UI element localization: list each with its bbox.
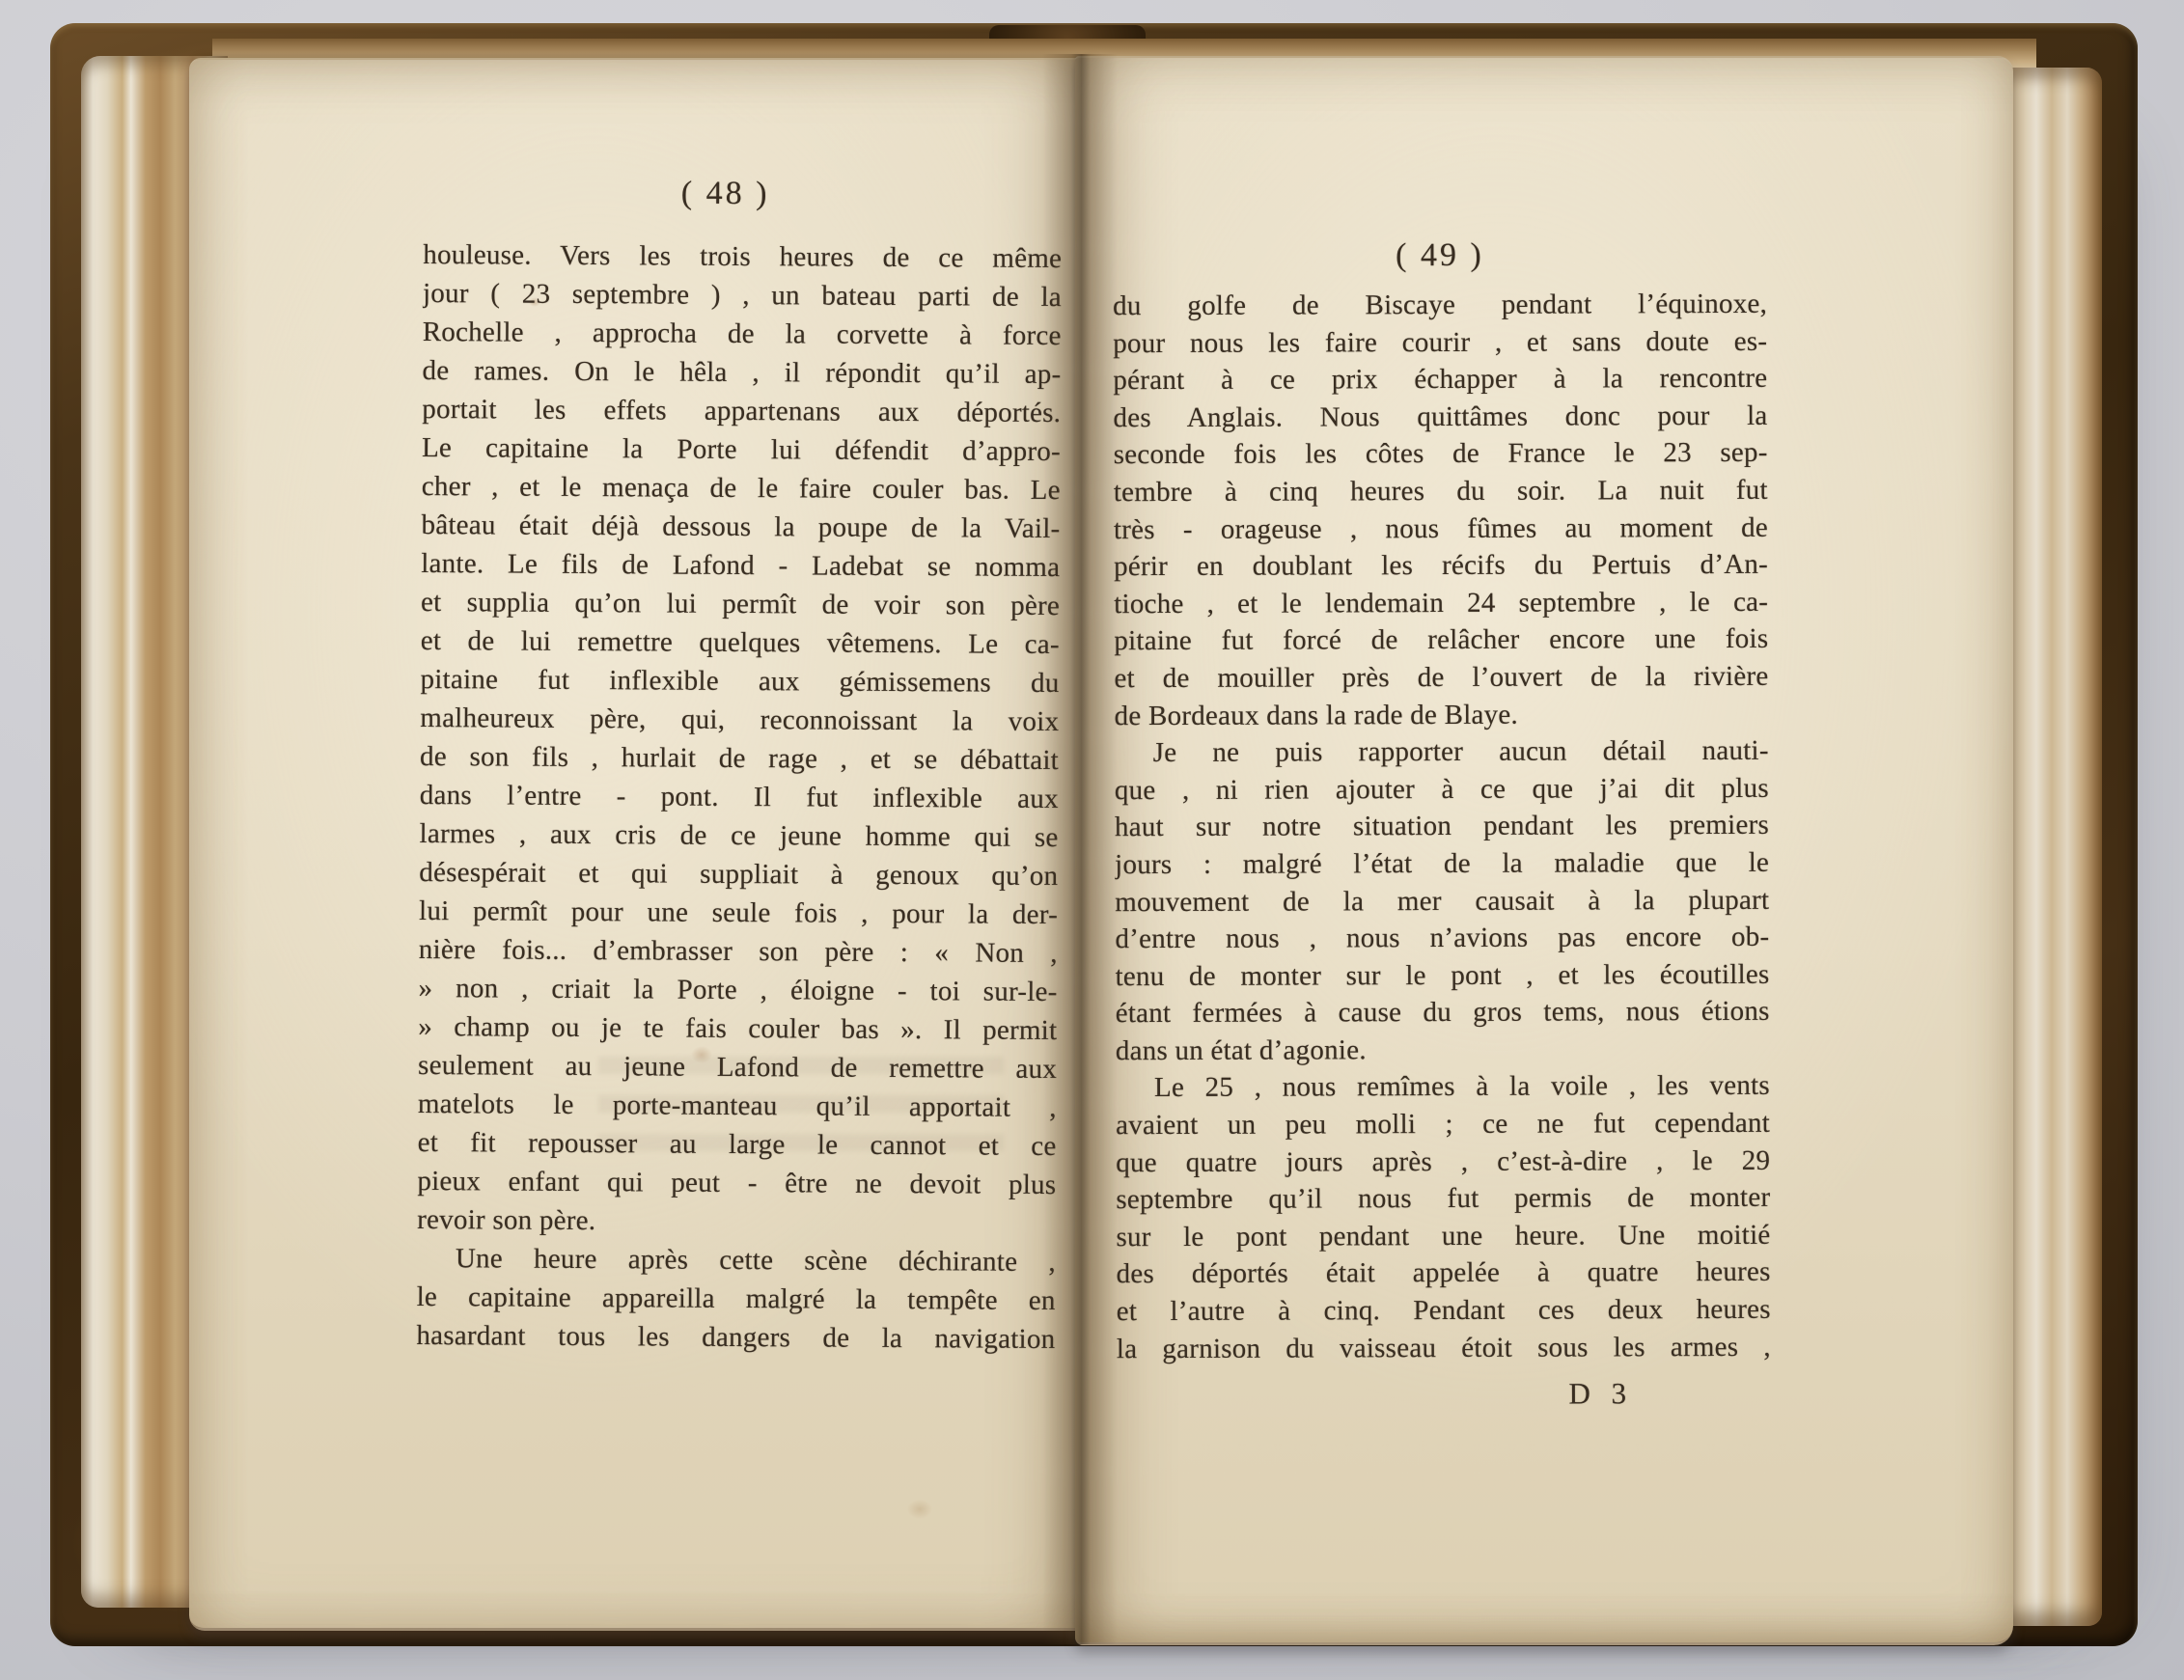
text-line: nière fois... d’embrasser son père : « N… (419, 934, 1058, 977)
text-line: avaient un peu molli ; ce ne fut cependa… (1116, 1108, 1770, 1147)
text-line: bâteau était déjà dessous la poupe de la… (421, 510, 1060, 552)
text-line: le capitaine appareilla malgré la tempêt… (416, 1281, 1055, 1324)
photo-background: ( 48 ) houleuse. Vers les trois heures d… (0, 0, 2184, 1680)
text-line: et l’autre à cinq. Pendant ces deux heur… (1117, 1294, 1771, 1334)
text-line: tembre à cinq heures du soir. La nuit fu… (1114, 475, 1768, 514)
text-line: étant fermées à cause du gros tems, nous… (1116, 996, 1770, 1035)
text-line: Une heure après cette scène déchirante , (417, 1243, 1056, 1285)
text-line: pitaine fut inflexible aux gémissemens d… (420, 664, 1059, 706)
text-line: revoir son père. (417, 1204, 1056, 1247)
text-line: dans l’entre - pont. Il fut inflexible a… (420, 780, 1059, 822)
text-line: larmes , aux cris de ce jeune homme qui … (419, 818, 1058, 861)
left-page-lines: houleuse. Vers les trois heures de ce mê… (416, 239, 1062, 1363)
text-line: du golfe de Biscaye pendant l’équinoxe, (1113, 289, 1767, 328)
left-page-number: ( 48 ) (405, 174, 1044, 243)
text-line: malheureux père, qui, reconnoissant la v… (420, 702, 1059, 745)
text-line: lante. Le fils de Lafond - Ladebat se no… (421, 548, 1060, 591)
text-line: de son fils , hurlait de rage , et se dé… (420, 741, 1059, 784)
text-line: Je ne puis rapporter aucun détail nauti- (1115, 735, 1769, 775)
right-page-lines: du golfe de Biscaye pendant l’équinoxe,p… (1113, 289, 1771, 1371)
text-line: que quatre jours après , c’est-à-dire , … (1116, 1144, 1770, 1184)
text-line: lui permît pour une seule fois , pour la… (419, 895, 1058, 938)
text-line: pour nous les faire courir , et sans dou… (1113, 325, 1767, 365)
text-line: de rames. On le hêla , il répondit qu’il… (422, 355, 1061, 398)
text-line: Rochelle , approcha de la corvette à for… (423, 317, 1062, 359)
fox-spot (907, 1500, 932, 1519)
text-line: mouvement de la mer causait à la plupart (1115, 884, 1769, 923)
text-line: cher , et le menaça de le faire couler b… (422, 471, 1061, 513)
text-line: pitaine fut forcé de relâcher encore une… (1114, 623, 1768, 663)
text-line: » champ ou je te fais couler bas ». Il p… (418, 1011, 1057, 1054)
text-line: matelots le porte-manteau qu’il apportai… (418, 1088, 1057, 1131)
right-page-text: ( 49 ) du golfe de Biscaye pendant l’équ… (1113, 236, 1771, 1414)
text-line: sur le pont pendant une heure. Une moiti… (1116, 1220, 1770, 1259)
text-line: la garnison du vaisseau étoit sous les a… (1117, 1331, 1771, 1370)
text-line: haut sur notre situation pendant les pre… (1115, 810, 1769, 849)
text-line: jour ( 23 septembre ) , un bateau parti … (423, 278, 1062, 320)
text-line: des déportés était appelée à quatre heur… (1117, 1256, 1771, 1296)
text-line: et de mouiller près de l’ouvert de la ri… (1114, 661, 1768, 701)
text-line: dans un état d’agonie. (1116, 1033, 1770, 1073)
text-line: pieux enfant qui peut - être ne devoit p… (417, 1166, 1056, 1208)
left-page-text: ( 48 ) houleuse. Vers les trois heures d… (416, 174, 1062, 1363)
text-line: désespérait et qui suppliait à genoux qu… (419, 857, 1058, 899)
text-line: seconde fois les côtes de France le 23 s… (1114, 437, 1768, 477)
text-line: Le 25 , nous remîmes à la voile , les ve… (1116, 1070, 1770, 1110)
text-line: périr en doublant les récifs du Pertuis … (1114, 549, 1768, 589)
text-line: houleuse. Vers les trois heures de ce mê… (423, 239, 1062, 282)
book: ( 48 ) houleuse. Vers les trois heures d… (0, 0, 2184, 1680)
text-line: et de lui remettre quelques vêtemens. Le… (421, 625, 1060, 668)
text-line: pérant à ce prix échapper à la rencontre (1113, 363, 1767, 402)
text-line: tenu de monter sur le pont , et les écou… (1115, 959, 1769, 999)
text-line: très - orageuse , nous fûmes au moment d… (1114, 511, 1768, 551)
text-line: d’entre nous , nous n’avions pas encore … (1115, 922, 1769, 961)
text-line: des Anglais. Nous quittâmes donc pour la (1113, 400, 1767, 440)
text-line: hasardant tous les dangers de la navigat… (416, 1320, 1055, 1363)
text-line: Le capitaine la Porte lui défendit d’app… (422, 432, 1061, 475)
text-line: septembre qu’il nous fut permis de monte… (1116, 1182, 1770, 1222)
text-line: portait les effets appartenans aux dépor… (422, 394, 1061, 436)
text-line: » non , criait la Porte , éloigne - toi … (418, 973, 1057, 1015)
text-line: jours : malgré l’état de la maladie que … (1115, 847, 1769, 887)
text-line: et fit repousser au large le cannot et c… (417, 1127, 1056, 1170)
signature-mark: D 3 (1117, 1376, 1771, 1413)
text-line: seulement au jeune Lafond de remettre au… (418, 1050, 1057, 1092)
text-line: tioche , et le lendemain 24 septembre , … (1114, 587, 1768, 626)
page-fore-edges-right (2005, 68, 2102, 1626)
text-line: que , ni rien ajouter à ce que j’ai dit … (1115, 773, 1769, 812)
text-line: et supplia qu’on lui permît de voir son … (421, 587, 1060, 629)
text-line: de Bordeaux dans la rade de Blaye. (1115, 698, 1769, 737)
right-page-number: ( 49 ) (1113, 236, 1767, 290)
